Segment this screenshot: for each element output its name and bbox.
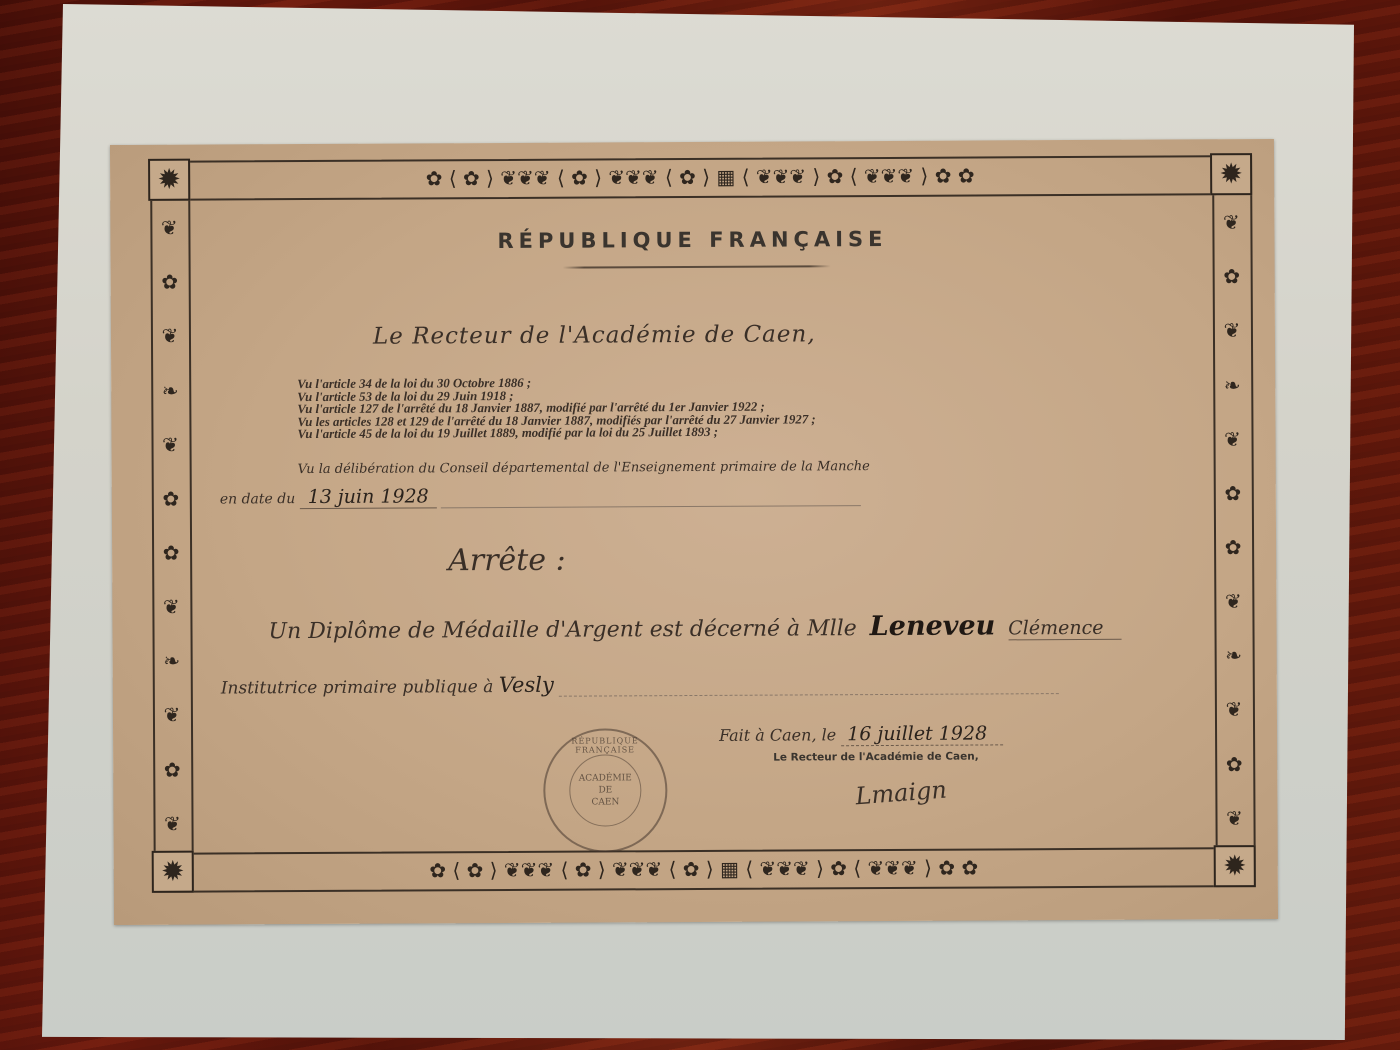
issuer-line: Le Recteur de l'Académie de Caen, <box>373 321 816 349</box>
award-line: Un Diplôme de Médaille d'Argent est déce… <box>268 610 1121 645</box>
top-ornament-row: ✿ ⟨ ✿ ⟩ ❦❦❦ ⟨ ✿ ⟩ ❦❦❦ ⟨ ✿ ⟩ ▦ ⟨ ❦❦❦ ⟩ ✿ … <box>190 157 1210 196</box>
floral-ornament-icon: ❦ <box>163 595 180 619</box>
floral-ornament-icon: ✿ <box>162 487 179 511</box>
seal-line: CAEN <box>591 796 619 808</box>
fill-line <box>441 505 861 508</box>
floral-ornament-icon: ✿ ⟨ ✿ ⟩ ❦❦❦ ⟨ ✿ ⟩ ❦❦❦ ⟨ ✿ ⟩ ▦ ⟨ ❦❦❦ ⟩ ✿ … <box>429 856 978 883</box>
seal-line: DE <box>598 784 612 796</box>
profession-line: Institutrice primaire publique à Vesly <box>221 670 1060 698</box>
recipient-title: Mlle <box>807 616 857 641</box>
floral-ornament-icon: ❧ <box>1224 373 1241 397</box>
deliberation-text: Vu la délibération du Conseil départemen… <box>298 459 870 477</box>
seal-line: ACADÉMIE <box>579 772 632 784</box>
decision-heading: Arrête : <box>448 543 566 579</box>
deliberation-date-line: en date du 13 juin 1928 <box>220 483 861 509</box>
corner-rosette-icon: ✹ <box>1214 845 1256 887</box>
floral-ornament-icon: ❧ <box>163 649 180 673</box>
floral-ornament-icon: ✿ <box>1226 752 1243 776</box>
profession-place: Vesly <box>499 673 554 697</box>
right-ornament-column: ❦ ✿ ❦ ❧ ❦ ✿ ✿ ❦ ❧ ❦ ✿ ❦ <box>1214 195 1251 845</box>
issue-date: 16 juillet 1928 <box>841 722 1003 746</box>
floral-ornament-icon: ❦ <box>1223 319 1240 343</box>
fill-line <box>559 693 1059 697</box>
diploma-sheet: ✿ ⟨ ✿ ⟩ ❦❦❦ ⟨ ✿ ⟩ ❦❦❦ ⟨ ✿ ⟩ ▦ ⟨ ❦❦❦ ⟩ ✿ … <box>110 139 1278 925</box>
floral-ornament-icon: ❦ <box>1224 427 1241 451</box>
legal-references: Vu l'article 34 de la loi du 30 Octobre … <box>297 375 816 441</box>
floral-ornament-icon: ✿ <box>1223 264 1240 288</box>
profession-middle: primaire publique à <box>323 677 494 698</box>
floral-ornament-icon: ❦ <box>164 811 181 835</box>
floral-ornament-icon: ❦ <box>1225 589 1242 613</box>
recipient-surname: Leneveu <box>864 610 1002 642</box>
floral-ornament-icon: ❦ <box>163 703 180 727</box>
recipient-first-name: Clémence <box>1008 617 1121 641</box>
award-prefix: Un Diplôme de Médaille d'Argent est déce… <box>268 616 800 644</box>
profession-role: Institutrice <box>221 678 318 699</box>
floral-ornament-icon: ❦ <box>162 324 179 348</box>
floral-ornament-icon: ❧ <box>1225 643 1242 667</box>
header-divider <box>563 265 831 268</box>
date-prefix: en date du <box>220 491 295 507</box>
corner-rosette-icon: ✹ <box>148 159 190 201</box>
academy-seal-stamp: RÉPUBLIQUE FRANÇAISE ACADÉMIE DE CAEN <box>543 728 668 853</box>
floral-ornament-icon: ✿ <box>1224 481 1241 505</box>
floral-ornament-icon: ❦ <box>1225 698 1242 722</box>
fait-prefix: Fait à Caen, le <box>719 725 836 745</box>
bottom-ornament-row: ✿ ⟨ ✿ ⟩ ❦❦❦ ⟨ ✿ ⟩ ❦❦❦ ⟨ ✿ ⟩ ▦ ⟨ ❦❦❦ ⟩ ✿ … <box>194 849 1214 888</box>
floral-ornament-icon: ❦ <box>1226 806 1243 830</box>
floral-ornament-icon: ✿ <box>163 541 180 565</box>
left-ornament-column: ❦ ✿ ❦ ❧ ❦ ✿ ✿ ❦ ❧ ❦ ✿ ❦ <box>152 201 189 851</box>
rector-signature: Lmaign <box>854 776 947 811</box>
seal-ring-text: RÉPUBLIQUE FRANÇAISE <box>545 736 665 755</box>
signatory-label: Le Recteur de l'Académie de Caen, <box>773 751 979 764</box>
issue-date-line: Fait à Caen, le 16 juillet 1928 <box>719 722 1003 745</box>
article-reference: Vu l'article 45 de la loi du 19 Juillet … <box>297 426 815 441</box>
floral-ornament-icon: ❦ <box>162 432 179 456</box>
floral-ornament-icon: ✿ <box>161 270 178 294</box>
seal-center: ACADÉMIE DE CAEN <box>569 754 641 826</box>
floral-ornament-icon: ✿ <box>164 757 181 781</box>
document-header: RÉPUBLIQUE FRANÇAISE <box>110 225 1274 255</box>
corner-rosette-icon: ✹ <box>152 851 194 893</box>
floral-ornament-icon: ✿ <box>1225 535 1242 559</box>
corner-rosette-icon: ✹ <box>1210 153 1252 195</box>
floral-ornament-icon: ✿ ⟨ ✿ ⟩ ❦❦❦ ⟨ ✿ ⟩ ❦❦❦ ⟨ ✿ ⟩ ▦ ⟨ ❦❦❦ ⟩ ✿ … <box>426 164 975 191</box>
floral-ornament-icon: ❧ <box>162 378 179 402</box>
deliberation-date: 13 juin 1928 <box>300 485 437 509</box>
